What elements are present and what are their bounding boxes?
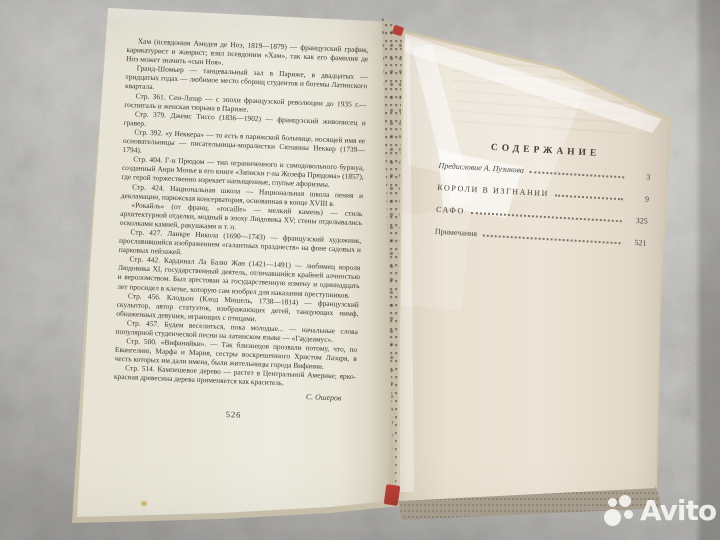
toc-entry-label: САФО — [436, 205, 465, 216]
avito-watermark: Avito — [604, 494, 716, 528]
avito-logo-icon — [604, 494, 636, 528]
toc-entry-page: 3 — [628, 172, 650, 182]
toc-row: Предисловие А. Пузикова3 — [438, 161, 650, 182]
toc-rows: Предисловие А. Пузикова3КОРОЛИ В ИЗГНАНИ… — [435, 161, 651, 248]
paper-stain — [141, 501, 147, 506]
toc-entry-label: Примечания — [435, 227, 478, 238]
toc-dot-leader — [471, 212, 622, 222]
avito-watermark-text: Avito — [640, 494, 716, 528]
toc-row: Примечания521 — [435, 227, 647, 248]
notes-text: Хам (псевдоним Амедея де Ноэ, 1819—1879)… — [114, 36, 369, 391]
toc-row: САФО325 — [436, 205, 648, 226]
toc-dot-leader — [530, 171, 625, 178]
toc-dot-leader — [483, 235, 621, 245]
toc-entry-label: Предисловие А. Пузикова — [438, 161, 524, 175]
red-cover-edge-bottom — [384, 484, 401, 506]
toc-entry-page: 325 — [626, 216, 648, 226]
toc-row: КОРОЛИ В ИЗГНАНИИ9 — [437, 183, 649, 204]
book-photo: Хам (псевдоним Амедея де Ноэ, 1819—1879)… — [0, 0, 720, 540]
table-of-contents: СОДЕРЖАНИЕ Предисловие А. Пузикова3КОРОЛ… — [434, 140, 652, 261]
toc-entry-page: 9 — [627, 194, 649, 204]
toc-dot-leader — [555, 195, 623, 201]
page-number: 526 — [112, 404, 354, 423]
notes-column: Хам (псевдоним Амедея де Ноэ, 1819—1879)… — [112, 36, 368, 424]
toc-entry-label: КОРОЛИ В ИЗГНАНИИ — [437, 183, 549, 198]
toc-entry-page: 521 — [624, 237, 646, 247]
